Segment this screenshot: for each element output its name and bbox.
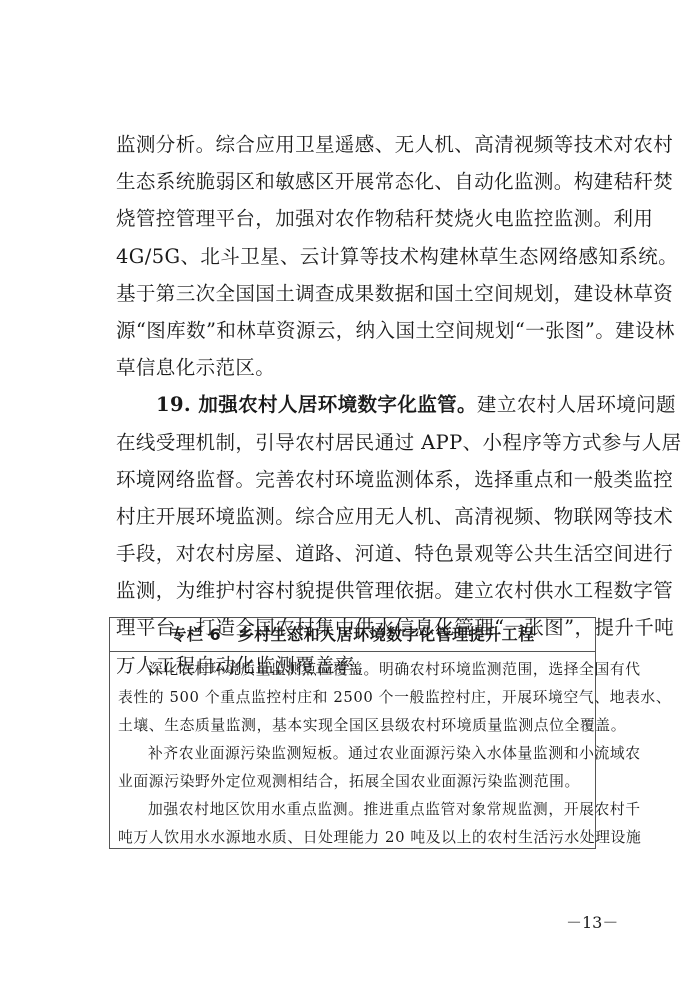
paragraph-line: 在线受理机制，引导农村居民通过 APP、小程序等方式参与人居 [116,424,602,461]
feature-box: 专栏 6 乡村生态和人居环境数字化管理提升工程 深化农村环境质量监测点位覆盖。明… [109,617,596,849]
box-line: 补齐农业面源污染监测短板。通过农业面源污染入水体量监测和小流域农 [118,740,587,768]
box-line: 业面源污染野外定位观测相结合，拓展全国农业面源污染监测范围。 [118,768,587,796]
page-number: －13－ [566,910,618,933]
paragraph-line: 监测分析。综合应用卫星遥感、无人机、高清视频等技术对农村 [116,126,602,163]
box-line: 加强农村地区饮用水重点监测。推进重点监管对象常规监测，开展农村千 [118,796,587,824]
paragraph-line: 监测，为维护村容村貌提供管理依据。建立农村供水工程数字管 [116,572,602,609]
box-line: 表性的 500 个重点监控村庄和 2500 个一般监控村庄，开展环境空气、地表水… [118,684,587,712]
box-line: 吨万人饮用水水源地水质、日处理能力 20 吨及以上的农村生活污水处理设施 [118,824,587,852]
box-line: 土壤、生态质量监测，基本实现全国区县级农村环境质量监测点位全覆盖。 [118,712,587,740]
paragraph-line: 烧管控管理平台，加强对农作物秸秆焚烧火电监控监测。利用 [116,200,602,237]
box-line: 深化农村环境质量监测点位覆盖。明确农村环境监测范围，选择全国有代 [118,656,587,684]
paragraph-line: 村庄开展环境监测。综合应用无人机、高清视频、物联网等技术 [116,498,602,535]
document-page: 监测分析。综合应用卫星遥感、无人机、高清视频等技术对农村 生态系统脆弱区和敏感区… [0,0,700,989]
body-text: 监测分析。综合应用卫星遥感、无人机、高清视频等技术对农村 生态系统脆弱区和敏感区… [116,126,602,684]
section-19-heading: 19. 加强农村人居环境数字化监管。 [156,393,477,416]
feature-box-body: 深化农村环境质量监测点位覆盖。明确农村环境监测范围，选择全国有代 表性的 500… [110,652,595,852]
paragraph-line: 4G/5G、北斗卫星、云计算等技术构建林草生态网络感知系统。 [116,238,602,275]
paragraph-line: 环境网络监督。完善农村环境监测体系，选择重点和一般类监控 [116,461,602,498]
paragraph-line: 生态系统脆弱区和敏感区开展常态化、自动化监测。构建秸秆焚 [116,163,602,200]
section-19-text: 建立农村人居环境问题 [477,393,676,416]
paragraph-line: 草信息化示范区。 [116,349,602,386]
feature-box-title: 专栏 6 乡村生态和人居环境数字化管理提升工程 [110,618,595,652]
section-19-first-line: 19. 加强农村人居环境数字化监管。建立农村人居环境问题 [116,386,602,423]
paragraph-line: 手段，对农村房屋、道路、河道、特色景观等公共生活空间进行 [116,535,602,572]
paragraph-line: 基于第三次全国国土调查成果数据和国土空间规划，建设林草资 [116,275,602,312]
paragraph-line: 源“图库数”和林草资源云，纳入国土空间规划“一张图”。建设林 [116,312,602,349]
